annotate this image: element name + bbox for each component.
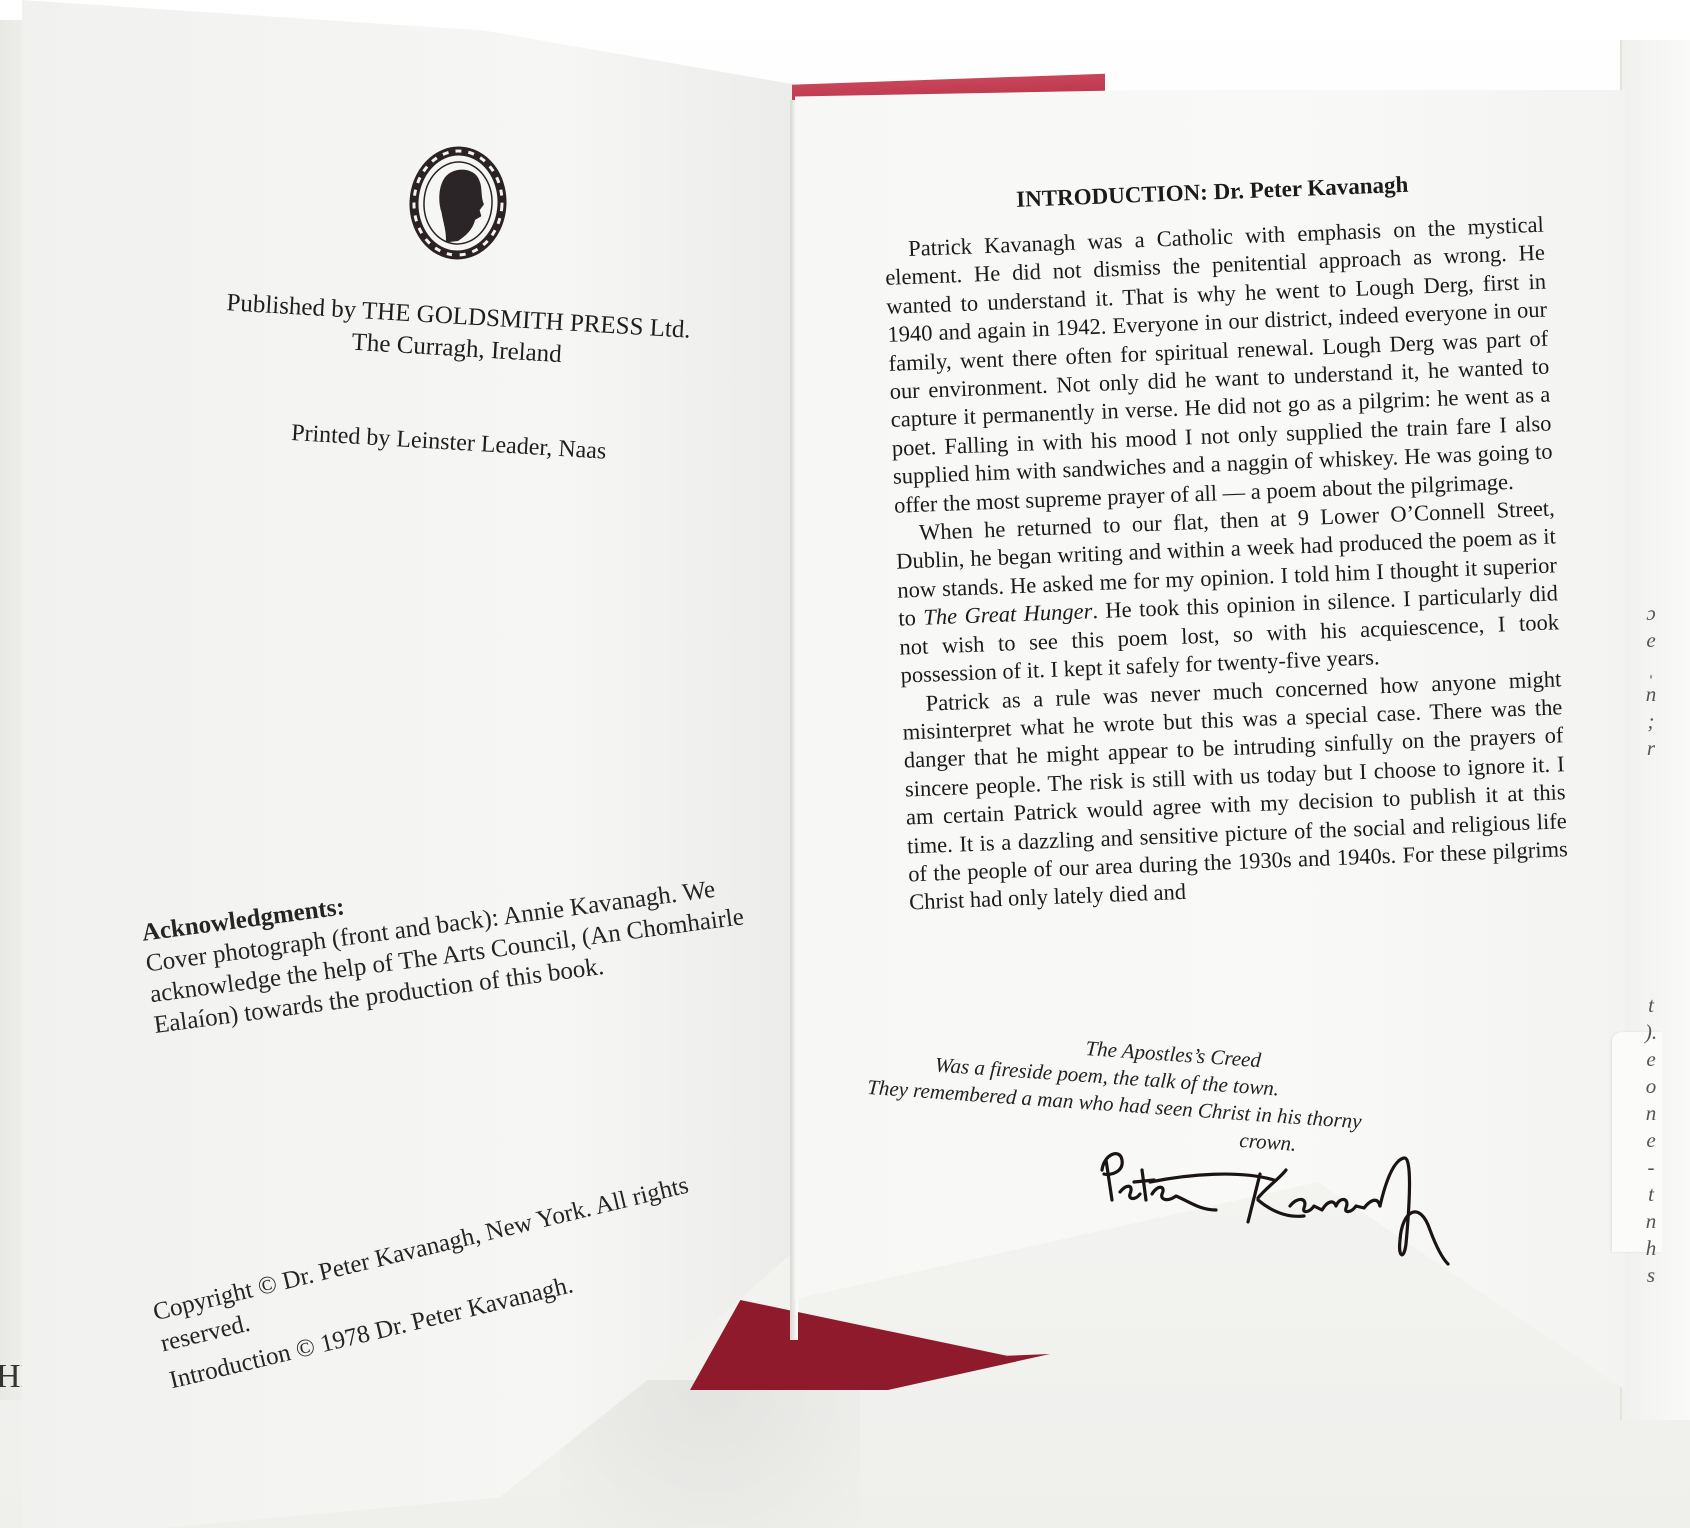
edge-letter: -: [1636, 1154, 1666, 1181]
handwritten-signature: Peter Kavanagh: [1090, 1140, 1470, 1270]
edge-letter: t: [1636, 1181, 1666, 1208]
edge-letter: e: [1636, 627, 1666, 654]
edge-letter: o: [1636, 1073, 1666, 1100]
introduction-paragraph-1: Patrick Kavanagh was a Catholic with emp…: [884, 211, 1554, 520]
edge-letter: e: [1636, 1046, 1666, 1073]
edge-letter: n: [1636, 681, 1666, 708]
edge-letter: r: [1636, 735, 1666, 762]
laurel-wreath-silhouette-icon: [405, 140, 511, 265]
edge-letter: ˌ: [1636, 654, 1666, 681]
book-photo-scene: HI Published by THE GOLDSMITH PRESS Ltd.…: [0, 0, 1690, 1528]
edge-letter: e: [1636, 1127, 1666, 1154]
introduction-paragraph-3: Patrick as a rule was never much concern…: [901, 665, 1569, 917]
edge-letter: n: [1636, 1100, 1666, 1127]
edge-letter: t: [1636, 992, 1666, 1019]
edge-letter: n: [1636, 1208, 1666, 1235]
edge-letter: ).: [1636, 1019, 1666, 1046]
next-page-edge-text: ɔeˌn;rt).eone-tnhs: [1636, 600, 1666, 1289]
edge-letter: s: [1636, 1262, 1666, 1289]
edge-letter: h: [1636, 1235, 1666, 1262]
introduction-text: INTRODUCTION: Dr. Peter Kavanagh Patrick…: [882, 167, 1569, 918]
introduction-paragraph-2: When he returned to our flat, then at 9 …: [895, 494, 1561, 690]
edge-letter: ;: [1636, 708, 1666, 735]
book-title-italic: The Great Hunger: [923, 599, 1093, 630]
edge-letter: ɔ: [1636, 600, 1666, 627]
